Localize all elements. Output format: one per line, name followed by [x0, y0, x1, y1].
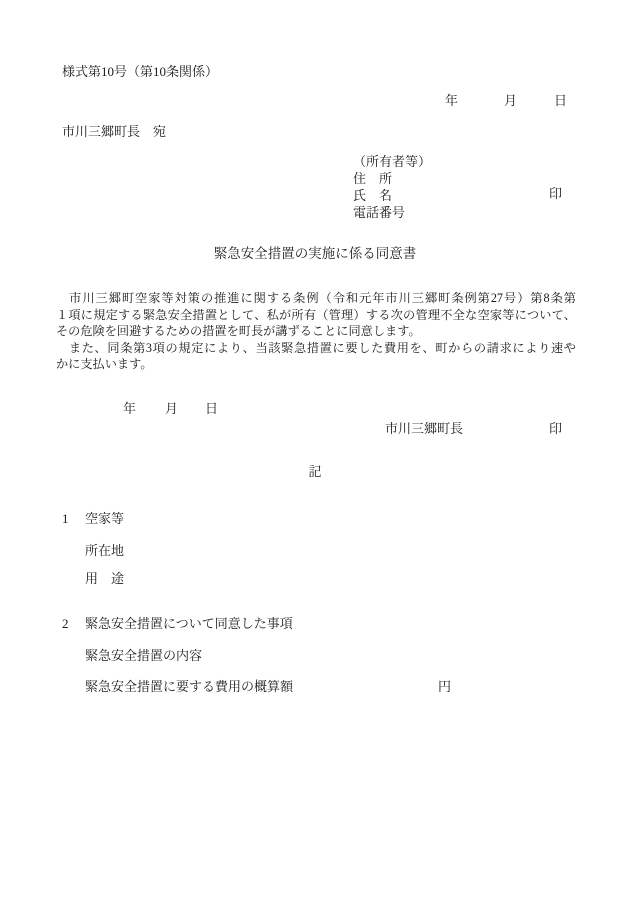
- top-date-day-label: 日: [554, 94, 567, 108]
- addressee: 市川三郷町長 宛: [62, 125, 166, 139]
- item-1-number: 1: [62, 512, 69, 526]
- item-1-label: 空家等: [85, 512, 124, 526]
- consent-date-year-label: 年: [123, 402, 136, 416]
- top-date-year-label: 年: [445, 94, 458, 108]
- body-line: また、同条第3項の規定により、当該緊急措置に要した費用を、町からの請求により速や: [56, 341, 576, 356]
- mayor-seal-mark: 印: [549, 422, 562, 436]
- consent-date-day-label: 日: [205, 402, 218, 416]
- owner-heading: （所有者等）: [353, 155, 431, 169]
- mayor-name: 市川三郷町長: [385, 422, 463, 436]
- item-2-content-label: 緊急安全措置の内容: [85, 649, 202, 663]
- consent-date-month-label: 月: [165, 402, 178, 416]
- owner-name-label: 氏 名: [353, 189, 392, 203]
- owner-phone-label: 電話番号: [353, 206, 405, 220]
- ki-heading: 記: [0, 465, 630, 479]
- document-title: 緊急安全措置の実施に係る同意書: [0, 246, 630, 261]
- item-2-cost-label: 緊急安全措置に要する費用の概算額: [85, 680, 293, 694]
- body-line: 市川三郷町空家等対策の推進に関する条例（令和元年市川三郷町条例第27号）第8条第: [56, 291, 576, 306]
- owner-address-label: 住 所: [353, 172, 392, 186]
- document-page: 様式第10号（第10条関係） 年 月 日 市川三郷町長 宛 （所有者等） 住 所…: [0, 0, 630, 903]
- cost-unit-label: 円: [438, 680, 451, 694]
- owner-seal-mark: 印: [549, 187, 562, 201]
- item-2-label: 緊急安全措置について同意した事項: [85, 617, 293, 631]
- form-number: 様式第10号（第10条関係）: [62, 65, 218, 79]
- top-date-month-label: 月: [504, 94, 517, 108]
- body-line: かに支払います。: [56, 357, 576, 372]
- item-1-usage-label: 用 途: [85, 572, 124, 586]
- item-2-number: 2: [62, 617, 69, 631]
- body-line: その危険を回避するための措置を町長が講ずることに同意します。: [56, 324, 576, 339]
- item-1-location-label: 所在地: [85, 544, 124, 558]
- body-line: １項に規定する緊急安全措置として、私が所有（管理）する次の管理不全な空家等につい…: [56, 308, 576, 323]
